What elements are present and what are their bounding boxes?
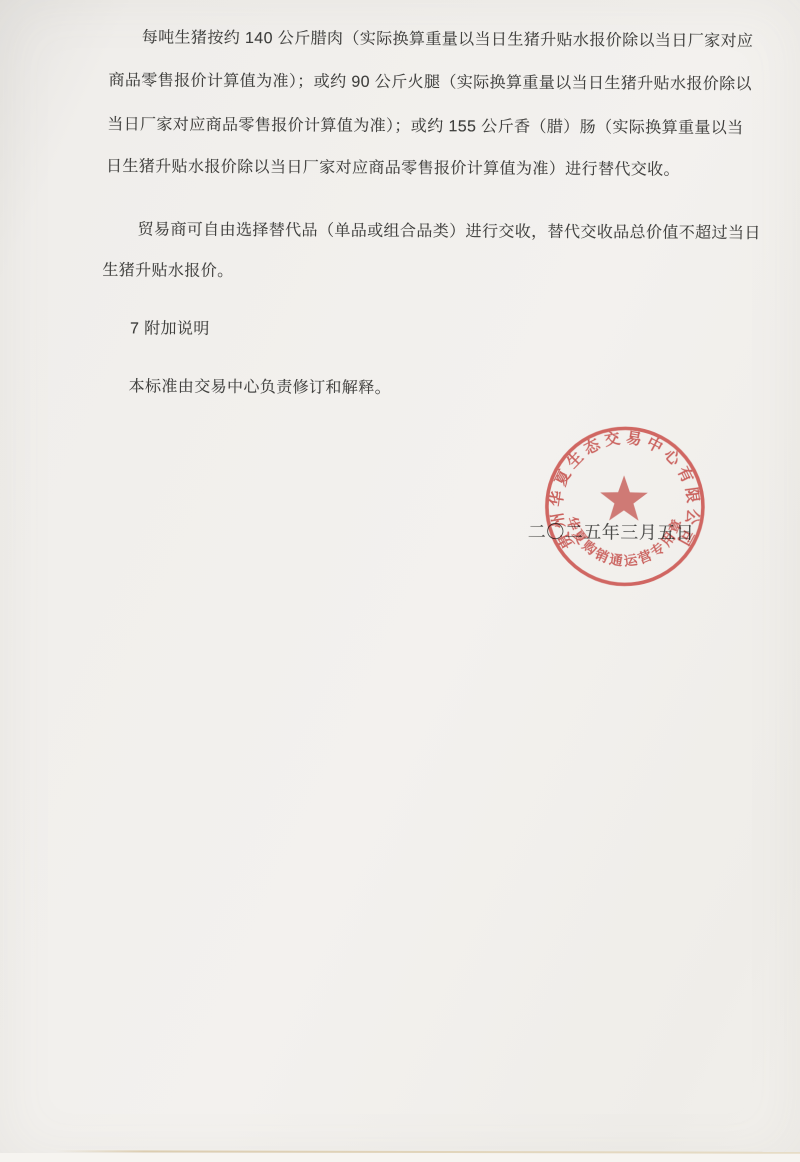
paragraph-line: 当日厂家对应商品零售报价计算值为准）；或约 155 公斤香（腊）肠（实际换算重量… [107, 114, 744, 140]
paragraph-line: 生猪升贴水报价。 [102, 260, 233, 283]
scanned-document-page: 每吨生猪按约 140 公斤腊肉（实际换算重量以当日生猪升贴水报价除以当日厂家对应… [0, 0, 800, 1162]
paragraph-line: 商品零售报价计算值为准）；或约 90 公斤火腿（实际换算重量以当日生猪升贴水报价… [108, 70, 752, 96]
document-content: 每吨生猪按约 140 公斤腊肉（实际换算重量以当日生猪升贴水报价除以当日厂家对应… [0, 0, 800, 1162]
company-seal: 贵州华夏生态交易中心有限公司 华夏购销通运营专用章 [536, 416, 717, 602]
paragraph-line: 日生猪升贴水报价除以当日厂家对应商品零售报价计算值为准）进行替代交收。 [106, 156, 680, 182]
star-icon [600, 475, 648, 520]
scan-bottom-margin [0, 1153, 800, 1162]
closing-statement: 本标准由交易中心负责修订和解释。 [129, 376, 392, 400]
paragraph-line: 贸易商可自由选择替代品（单品或组合品类）进行交收，替代交收品总价值不超过当日 [138, 219, 761, 245]
section-heading: 7 附加说明 [130, 318, 210, 340]
seal-usage-arc: 华夏购销通运营专用章 [564, 514, 686, 569]
paragraph-line: 每吨生猪按约 140 公斤腊肉（实际换算重量以当日生猪升贴水报价除以当日厂家对应 [142, 27, 754, 53]
